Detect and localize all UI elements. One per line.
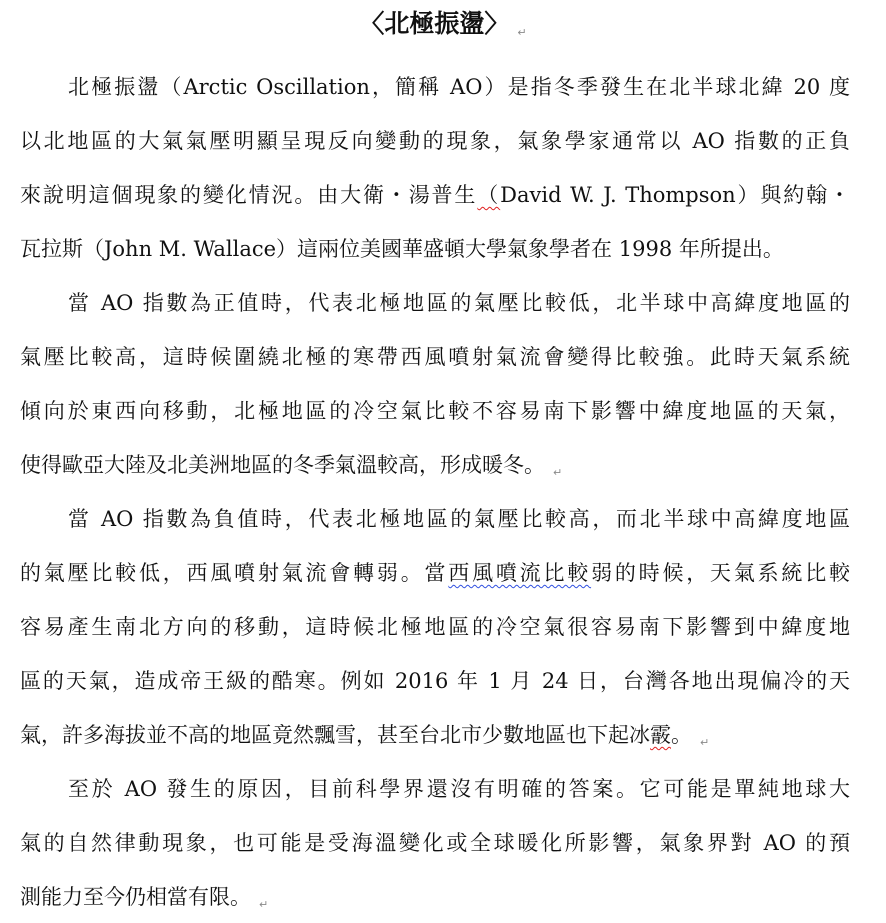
line-seg-b: David W. J. Thompson）與約翰・: [500, 183, 850, 207]
paragraph-1-line-1: 北極振盪（Arctic Oscillation，簡稱 AO）是指冬季發生在北半球…: [68, 70, 850, 104]
paragraph-mark-icon: ↵: [259, 898, 268, 911]
line-text: 使得歐亞大陸及北美洲地區的冬季氣溫較高，形成暖冬。: [20, 453, 545, 477]
paragraph-1-line-3: 來說明這個現象的變化情況。由大衛・湯普生（David W. J. Thompso…: [20, 178, 850, 212]
title-text: 〈北極振盪〉: [359, 9, 509, 38]
spellcheck-mark-red[interactable]: 霰: [650, 723, 671, 747]
paragraph-1-line-2: 以北地區的大氣氣壓明顯呈現反向變動的現象，氣象學家通常以 AO 指數的正負: [20, 124, 850, 158]
spellcheck-mark-red[interactable]: （: [477, 183, 500, 207]
line-seg-a: 的氣壓比較低，西風噴射氣流會轉弱。當: [20, 561, 448, 585]
paragraph-2-line-4: 使得歐亞大陸及北美洲地區的冬季氣溫較高，形成暖冬。↵: [20, 448, 850, 482]
paragraph-4-line-2: 氣的自然律動現象，也可能是受海溫變化或全球暖化所影響，氣象界對 AO 的預: [20, 826, 850, 860]
paragraph-1-line-4: 瓦拉斯（John M. Wallace）這兩位美國華盛頓大學氣象學者在 1998…: [20, 232, 850, 266]
line-seg-a: 來說明這個現象的變化情況。由大衛・湯普生: [20, 183, 477, 207]
document-title: 〈北極振盪〉↵: [0, 6, 886, 51]
paragraph-mark-icon: ↵: [517, 26, 526, 39]
paragraph-3-line-1: 當 AO 指數為負值時，代表北極地區的氣壓比較高，而北半球中高緯度地區: [68, 502, 850, 536]
paragraph-3-line-3: 容易產生南北方向的移動，這時候北極地區的冷空氣很容易南下影響到中緯度地: [20, 610, 850, 644]
document-page[interactable]: 〈北極振盪〉↵ 北極振盪（Arctic Oscillation，簡稱 AO）是指…: [0, 0, 886, 923]
paragraph-3-line-5: 氣，許多海拔並不高的地區竟然飄雪，甚至台北市少數地區也下起冰霰。↵: [20, 718, 850, 752]
line-text: 測能力至今仍相當有限。: [20, 885, 251, 909]
paragraph-3-line-4: 區的天氣，造成帝王級的酷寒。例如 2016 年 1 月 24 日，台灣各地出現偏…: [20, 664, 850, 698]
paragraph-mark-icon: ↵: [700, 736, 709, 749]
spellcheck-mark-blue[interactable]: 西風噴流比較: [448, 561, 591, 585]
paragraph-4-line-1: 至於 AO 發生的原因，目前科學界還沒有明確的答案。它可能是單純地球大: [68, 772, 850, 806]
line-seg-b: 弱的時候，天氣系統比較: [591, 561, 850, 585]
paragraph-3-line-2: 的氣壓比較低，西風噴射氣流會轉弱。當西風噴流比較弱的時候，天氣系統比較: [20, 556, 850, 590]
paragraph-2-line-1: 當 AO 指數為正值時，代表北極地區的氣壓比較低，北半球中高緯度地區的: [68, 286, 850, 320]
line-seg-b: 。: [671, 723, 692, 747]
paragraph-2-line-3: 傾向於東西向移動，北極地區的冷空氣比較不容易南下影響中緯度地區的天氣，: [20, 394, 850, 428]
line-seg-a: 氣，許多海拔並不高的地區竟然飄雪，甚至台北市少數地區也下起冰: [20, 723, 650, 747]
paragraph-2-line-2: 氣壓比較高，這時候圍繞北極的寒帶西風噴射氣流會變得比較強。此時天氣系統: [20, 340, 850, 374]
paragraph-mark-icon: ↵: [553, 466, 562, 479]
paragraph-4-line-3: 測能力至今仍相當有限。↵: [20, 880, 850, 914]
